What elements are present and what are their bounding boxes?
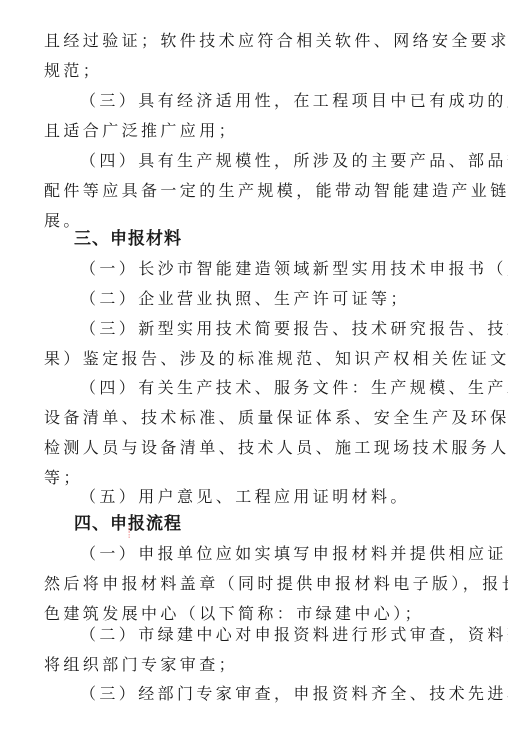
paragraph-line: （三）新型实用技术简要报告、技术研究报告、技术（成: [80, 319, 482, 339]
paragraph-line: （四）具有生产规模性，所涉及的主要产品、部品部件、构: [80, 151, 482, 171]
body-line: 果）鉴定报告、涉及的标准规范、知识产权相关佐证文件等；: [44, 349, 482, 369]
paragraph-line: （一）长沙市智能建造领域新型实用技术申报书（见附件）；: [80, 259, 482, 279]
body-line: 将组织部门专家审查；: [44, 655, 482, 675]
body-line: 且适合广泛推广应用；: [44, 121, 482, 141]
paragraph-line: （三）经部门专家审查，申报资料齐全、技术先进、安全: [80, 684, 482, 704]
body-line: 配件等应具备一定的生产规模，能带动智能建造产业链整体发: [44, 181, 482, 201]
paragraph-line: （五）用户意见、工程应用证明材料。: [80, 487, 482, 507]
paragraph-line: （二）企业营业执照、生产许可证等；: [80, 289, 482, 309]
red-stamp-mark-icon: ⁞⁞: [128, 527, 138, 545]
document-page: 且经过验证；软件技术应符合相关软件、网络安全要求及标准 规范； （三）具有经济适…: [0, 0, 508, 741]
body-line: 检测人员与设备清单、技术人员、施工现场技术服务人员名单: [44, 438, 482, 458]
body-line: 然后将申报材料盖章（同时提供申报材料电子版），报长沙市绿: [44, 574, 482, 594]
paragraph-line: （二）市绿建中心对申报资料进行形式审查，资料齐全的: [80, 625, 482, 645]
paragraph-line: （四）有关生产技术、服务文件：生产规模、生产工艺与: [80, 378, 482, 398]
body-line: 设备清单、技术标准、质量保证体系、安全生产及环保措施、: [44, 408, 482, 428]
paragraph-line: （三）具有经济适用性，在工程项目中已有成功的应用案例: [80, 91, 482, 111]
section-heading-materials: 三、申报材料: [74, 229, 508, 249]
body-line: 规范；: [44, 61, 482, 81]
body-line: 且经过验证；软件技术应符合相关软件、网络安全要求及标准: [44, 31, 482, 51]
section-heading-process: 四、申报流程: [74, 514, 508, 534]
body-line: 展。: [44, 211, 482, 231]
body-line: 色建筑发展中心（以下简称：市绿建中心）；: [44, 604, 482, 624]
body-line: 等；: [44, 468, 482, 488]
paragraph-line: （一）申报单位应如实填写申报材料并提供相应证明材料，: [80, 544, 482, 564]
